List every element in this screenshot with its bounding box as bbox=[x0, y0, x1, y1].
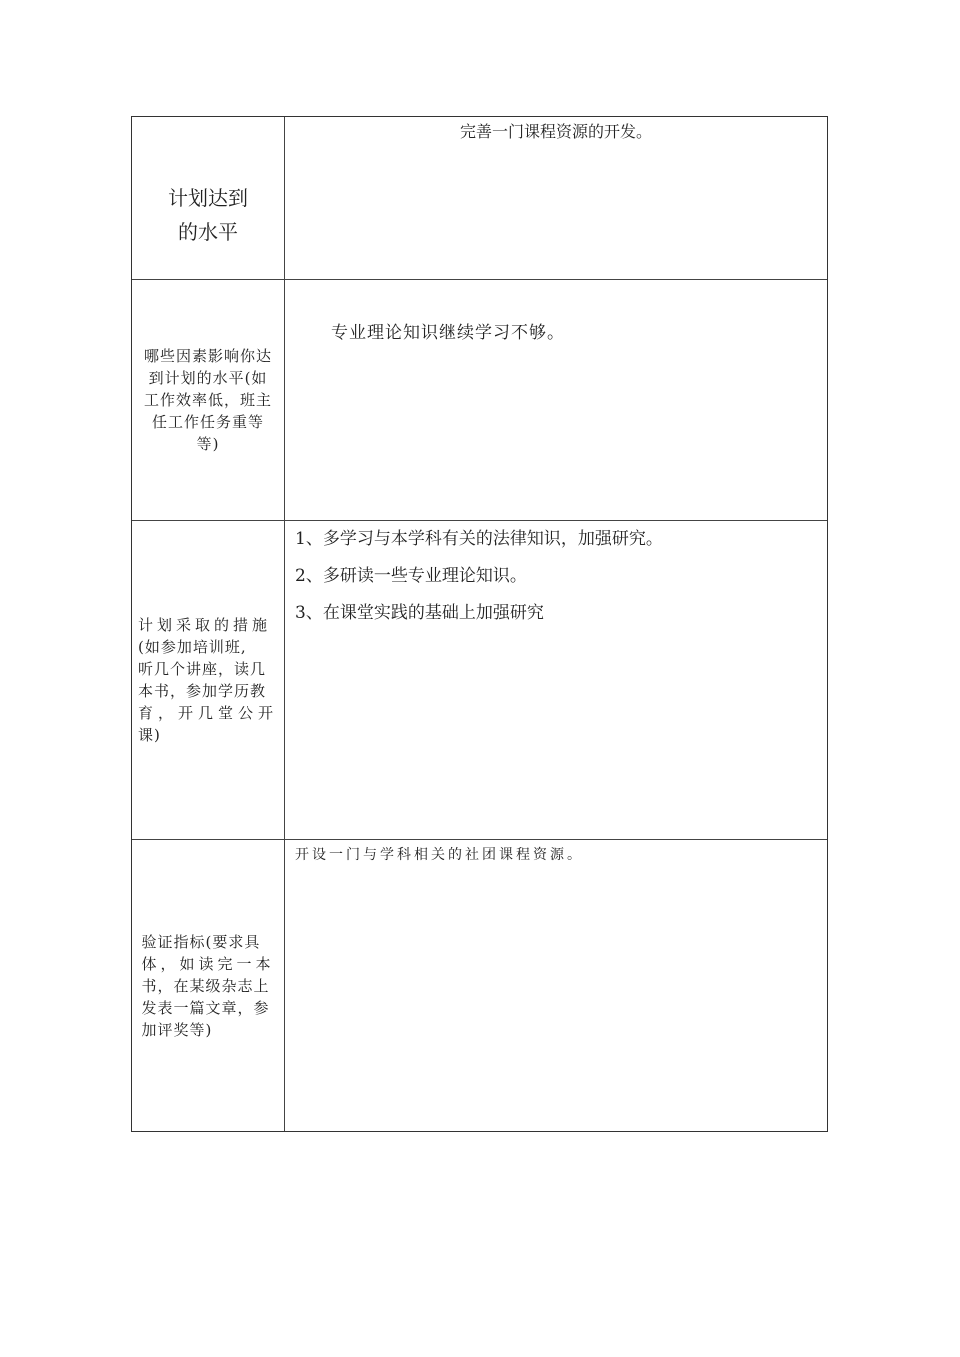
influencing-factors-text: 专业理论知识继续学习不够。 bbox=[331, 318, 565, 343]
label-line: 本书，参加学历教 bbox=[138, 680, 278, 702]
label-line: 验证指标(要求具 bbox=[141, 931, 274, 953]
label-target-level: 计划达到 的水平 bbox=[168, 147, 248, 249]
label-line: 任工作任务重等 bbox=[144, 411, 272, 433]
content-cell: 开设一门与学科相关的社团课程资源。 bbox=[285, 840, 827, 1131]
label-line: 体，如读完一本 bbox=[141, 953, 274, 975]
row-target-level: 计划达到 的水平 完善一门课程资源的开发。 bbox=[132, 117, 827, 279]
label-line: 计划达到 bbox=[168, 181, 248, 215]
label-cell: 计划达到 的水平 bbox=[132, 117, 285, 279]
row-planned-measures: 计划采取的措施 (如参加培训班, 听几个讲座，读几 本书，参加学历教 育，开几堂… bbox=[132, 520, 827, 839]
label-line: 到计划的水平(如 bbox=[144, 367, 272, 389]
verification-indicators-text: 开设一门与学科相关的社团课程资源。 bbox=[295, 844, 584, 864]
label-line: 等) bbox=[144, 433, 272, 455]
label-verification-indicators: 验证指标(要求具 体，如读完一本 书，在某级杂志上 发表一篇文章，参 加评奖等) bbox=[135, 931, 280, 1041]
list-item: 2、多研读一些专业理论知识。 bbox=[295, 558, 663, 595]
label-line: 书，在某级杂志上 bbox=[141, 975, 274, 997]
label-line: 的水平 bbox=[168, 215, 248, 249]
label-cell: 验证指标(要求具 体，如读完一本 书，在某级杂志上 发表一篇文章，参 加评奖等) bbox=[132, 840, 285, 1131]
measures-list: 1、多学习与本学科有关的法律知识，加强研究。 2、多研读一些专业理论知识。 3、… bbox=[295, 521, 663, 632]
label-planned-measures: 计划采取的措施 (如参加培训班, 听几个讲座，读几 本书，参加学历教 育，开几堂… bbox=[132, 614, 284, 746]
label-line: 听几个讲座，读几 bbox=[138, 658, 278, 680]
label-line: 哪些因素影响你达 bbox=[144, 345, 272, 367]
label-line: 课) bbox=[138, 724, 278, 746]
content-cell: 专业理论知识继续学习不够。 bbox=[285, 280, 827, 520]
label-line: 加评奖等) bbox=[141, 1019, 274, 1041]
plan-table: 计划达到 的水平 完善一门课程资源的开发。 哪些因素影响你达 到计划的水平(如 … bbox=[131, 116, 828, 1132]
label-cell: 哪些因素影响你达 到计划的水平(如 工作效率低，班主 任工作任务重等 等) bbox=[132, 280, 285, 520]
row-verification-indicators: 验证指标(要求具 体，如读完一本 书，在某级杂志上 发表一篇文章，参 加评奖等)… bbox=[132, 839, 827, 1131]
list-item: 1、多学习与本学科有关的法律知识，加强研究。 bbox=[295, 521, 663, 558]
label-cell: 计划采取的措施 (如参加培训班, 听几个讲座，读几 本书，参加学历教 育，开几堂… bbox=[132, 521, 285, 839]
label-line: 计划采取的措施 bbox=[138, 614, 278, 636]
content-cell: 完善一门课程资源的开发。 bbox=[285, 117, 827, 279]
target-level-text: 完善一门课程资源的开发。 bbox=[285, 119, 827, 142]
label-line: 育，开几堂公开 bbox=[138, 702, 278, 724]
label-line: 工作效率低，班主 bbox=[144, 389, 272, 411]
label-line: 发表一篇文章，参 bbox=[141, 997, 274, 1019]
list-item: 3、在课堂实践的基础上加强研究 bbox=[295, 595, 663, 632]
label-line: (如参加培训班, bbox=[138, 636, 278, 658]
label-influencing-factors: 哪些因素影响你达 到计划的水平(如 工作效率低，班主 任工作任务重等 等) bbox=[138, 345, 278, 455]
row-influencing-factors: 哪些因素影响你达 到计划的水平(如 工作效率低，班主 任工作任务重等 等) 专业… bbox=[132, 279, 827, 520]
content-cell: 1、多学习与本学科有关的法律知识，加强研究。 2、多研读一些专业理论知识。 3、… bbox=[285, 521, 827, 839]
